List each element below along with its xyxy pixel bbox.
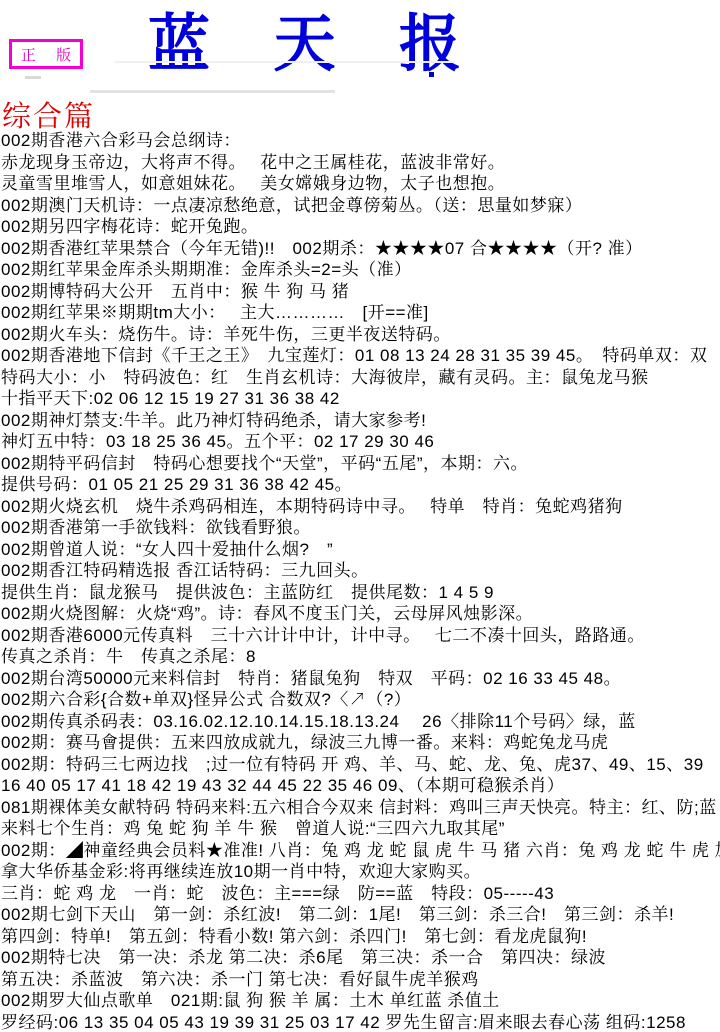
text-line: 拿大华侨基金彩:将再继续连放10期一肖中特，欢迎大家购买。	[1, 861, 720, 883]
text-line: 神灯五中特：03 18 25 36 45。五个平：02 17 29 30 46	[1, 431, 720, 453]
text-line: 002期：赛马會提供：五来四放成就九，绿波三九博一番。来料：鸡蛇兔龙马虎	[1, 732, 720, 754]
text-line: 002期博特码大公开 五肖中：猴 牛 狗 马 猪	[1, 281, 720, 303]
text-line: 002期香港红苹果禁合（今年无错)!! 002期杀：★★★★07 合★★★★（开…	[1, 238, 720, 260]
text-line: 002期特七决 第一决：杀龙 第二决：杀6尾 第三决：杀一合 第四决：绿波	[1, 947, 720, 969]
text-line: 提供号码：01 05 21 25 29 31 36 38 42 45。	[1, 474, 720, 496]
text-line: 002期：◢神童经典会员料★准准! 八肖：兔 鸡 龙 蛇 鼠 虎 牛 马 猪 六…	[1, 840, 720, 862]
text-line: 002期火烧玄机 烧牛杀鸡码相连，本期特码诗中寻。 特单 特肖：兔蛇鸡猪狗	[1, 496, 720, 518]
text-line: 002期曾道人说：“女人四十爱抽什么烟? ”	[1, 539, 720, 561]
text-line: 16 40 05 17 41 18 42 19 43 32 44 45 22 3…	[1, 775, 720, 797]
text-line: 002期澳门天机诗：一点凄凉愁绝意，试把金尊傍菊丛。（送：思量如梦寐）	[1, 195, 720, 217]
text-line: 传真之杀肖：牛 传真之杀尾：8	[1, 646, 720, 668]
text-line: 特码大小：小 特码波色：红 生肖玄机诗：大海彼岸，藏有灵码。主：鼠兔龙马猴	[1, 367, 720, 389]
text-line: 002期火车头：烧伤牛。诗：羊死牛伤，三更半夜送特码。	[1, 324, 720, 346]
newspaper-page: 正 版 蓝 天 报 综合篇 002期香港六合彩马会总纲诗： 赤龙现身玉帝边，大将…	[0, 0, 720, 1032]
text-line: 罗经码:06 13 35 04 05 43 19 39 31 25 03 17 …	[1, 1012, 720, 1032]
text-line: 灵童雪里堆雪人，如意姐妹花。 美女嫦娥身边物，太子也想抱。	[1, 173, 720, 195]
text-line: 第五决：杀蓝波 第六决：杀一门 第七决：看好鼠牛虎羊猴鸡	[1, 969, 720, 991]
text-line: 002期神灯禁支:牛羊。此乃神灯特码绝杀，请大家参考!	[1, 410, 720, 432]
text-line: 002期香港六合彩马会总纲诗：	[1, 130, 720, 152]
text-line: 002期香江特码精选报 香江话特码：三九回头。	[1, 560, 720, 582]
section-title: 综合篇	[2, 94, 95, 135]
text-line: 第四剑：特单! 第五剑：特看小数! 第六剑：杀四门! 第七剑：看龙虎鼠狗!	[1, 926, 720, 948]
text-line: 来料七个生肖：鸡 兔 蛇 狗 羊 牛 猴 曾道人说:“三四六九取其尾”	[1, 818, 720, 840]
text-line: 002期香港地下信封《千王之王》 九宝莲灯：01 08 13 24 28 31 …	[1, 345, 720, 367]
text-line: 十指平天下:02 06 12 15 19 27 31 36 38 42	[1, 388, 720, 410]
text-line: 002期六合彩{合数+单双}怪异公式 合数双?〈↗（?）	[1, 689, 720, 711]
text-line: 002期特平码信封 特码心想要找个“天堂”，平码“五尾”，本期：六。	[1, 453, 720, 475]
text-line: 002期另四字梅花诗：蛇开兔跑。	[1, 216, 720, 238]
scan-artifact	[115, 61, 455, 63]
text-line: 002期香港第一手欲钱料：欲钱看野狼。	[1, 517, 720, 539]
scan-artifact	[90, 90, 335, 93]
text-line: 002期红苹果※期期tm大小： 主大………… [开==准]	[1, 302, 720, 324]
title-ink-dot	[429, 72, 434, 77]
text-line: 002期火烧图解：火烧“鸡”。诗：春风不度玉门关，云母屏风烛影深。	[1, 603, 720, 625]
text-line: 赤龙现身玉帝边，大将声不得。 花中之王属桂花，蓝波非常好。	[1, 152, 720, 174]
text-line: 002期：特码三七两边找 ;过一位有特码 开 鸡、羊、马、蛇、龙、兔、虎37、4…	[1, 754, 720, 776]
text-line: 002期香港6000元传真料 三十六计计中计，计中寻。 七二不凑十回头，路路通。	[1, 625, 720, 647]
body-text: 002期香港六合彩马会总纲诗： 赤龙现身玉帝边，大将声不得。 花中之王属桂花，蓝…	[1, 130, 720, 1032]
text-line: 002期台湾50000元来料信封 特肖：猪鼠兔狗 特双 平码：02 16 33 …	[1, 668, 720, 690]
text-line: 002期红苹果金库杀头期期准：金库杀头=2=头（准）	[1, 259, 720, 281]
page-title: 蓝 天 报	[148, 8, 485, 82]
text-line: 三肖：蛇 鸡 龙 一肖：蛇 波色：主===绿 防==蓝 特段：05-----43	[1, 883, 720, 905]
text-line: 081期裸体美女献特码 特码来料:五六相合今双来 信封料：鸡叫三声天快亮。特主：…	[1, 797, 720, 819]
authenticity-badge: 正 版	[9, 39, 83, 69]
scan-artifact	[25, 76, 41, 79]
text-line: 002期罗大仙点歌单 021期:鼠 狗 猴 羊 属：土木 单红蓝 杀值土	[1, 990, 720, 1012]
text-line: 002期七剑下天山 第一剑：杀红波! 第二剑：1尾! 第三剑：杀三合! 第三剑：…	[1, 904, 720, 926]
text-line: 提供生肖：鼠龙猴马 提供波色：主蓝防红 提供尾数：1 4 5 9	[1, 582, 720, 604]
text-line: 002期传真杀码表：03.16.02.12.10.14.15.18.13.24 …	[1, 711, 720, 733]
